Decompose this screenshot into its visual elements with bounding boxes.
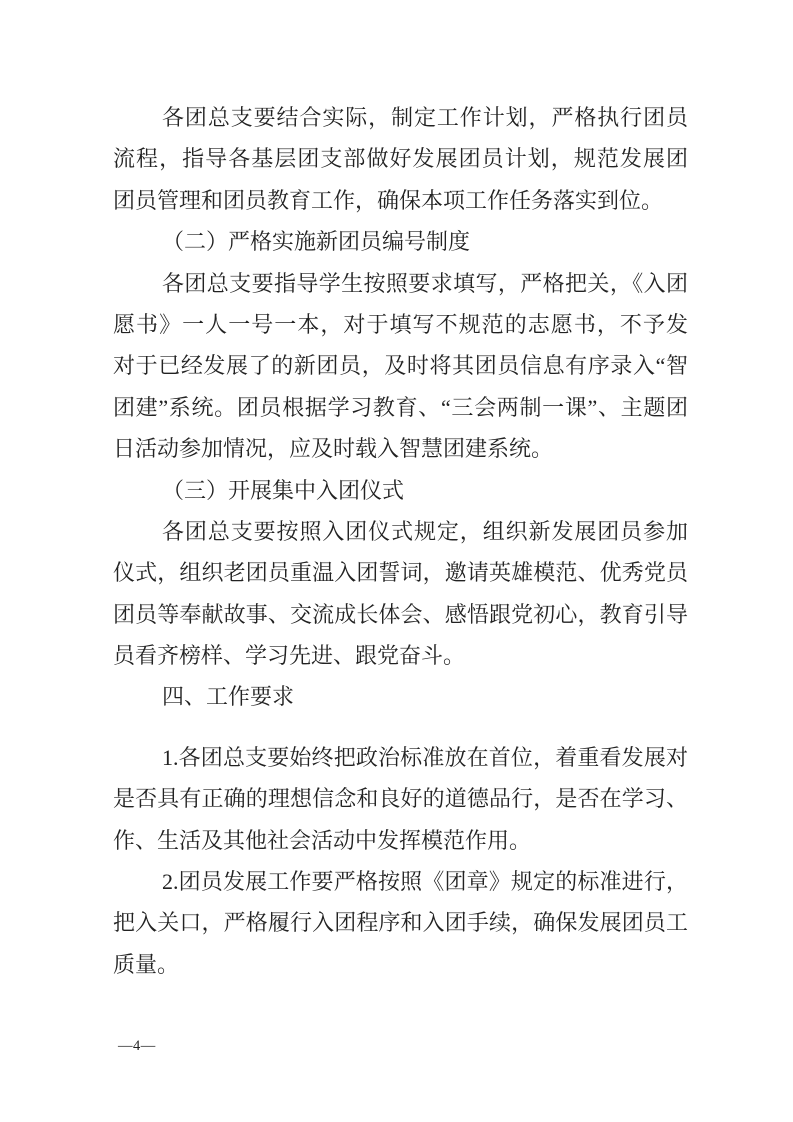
document-body: 各团总支要结合实际，制定工作计划，严格执行团员发展流程，指导各基层团支部做好发展… xyxy=(113,97,688,985)
text-line: 各团总支要结合实际，制定工作计划，严格执行团员发展 xyxy=(113,97,688,138)
section-heading: 四、工作要求 xyxy=(113,676,688,717)
text-line: 1.各团总支要始终把政治标准放在首位，着重看发展对象 xyxy=(113,737,688,778)
footer-page-number: —4— xyxy=(118,1036,156,1056)
paragraph: 各团总支要指导学生按照要求填写，严格把关，《入团志愿书》一人一号一本，对于填写不… xyxy=(113,263,688,470)
text-line: 日活动参加情况，应及时载入智慧团建系统。 xyxy=(113,428,688,469)
text-line: 流程，指导各基层团支部做好发展团员计划，规范发展团员、 xyxy=(113,138,688,179)
text-line: （二）严格实施新团员编号制度 xyxy=(113,221,688,262)
text-line: 各团总支要按照入团仪式规定，组织新发展团员参加入团 xyxy=(113,511,688,552)
text-line: 员看齐榜样、学习先进、跟党奋斗。 xyxy=(113,635,688,676)
paragraph: 2.团员发展工作要严格按照《团章》规定的标准进行，严把入关口，严格履行入团程序和… xyxy=(113,861,688,985)
text-line: 四、工作要求 xyxy=(113,676,688,717)
text-line: 各团总支要指导学生按照要求填写，严格把关，《入团志 xyxy=(113,263,688,304)
text-line: 团建”系统。团员根据学习教育、“三会两制一课”、主题团 xyxy=(113,387,688,428)
text-line: （三）开展集中入团仪式 xyxy=(113,470,688,511)
subsection-heading: （三）开展集中入团仪式 xyxy=(113,470,688,511)
text-line: 质量。 xyxy=(113,944,688,985)
subsection-heading: （二）严格实施新团员编号制度 xyxy=(113,221,688,262)
text-line: 团员等奉献故事、交流成长体会、感悟跟党初心，教育引导团 xyxy=(113,594,688,635)
text-line: 是否具有正确的理想信念和良好的道德品行，是否在学习、工 xyxy=(113,778,688,819)
text-line: 团员管理和团员教育工作，确保本项工作任务落实到位。 xyxy=(113,180,688,221)
paragraph: 各团总支要结合实际，制定工作计划，严格执行团员发展流程，指导各基层团支部做好发展… xyxy=(113,97,688,221)
text-line: 愿书》一人一号一本，对于填写不规范的志愿书，不予发展。 xyxy=(113,304,688,345)
text-line: 作、生活及其他社会活动中发挥模范作用。 xyxy=(113,820,688,861)
paragraph: 各团总支要按照入团仪式规定，组织新发展团员参加入团仪式，组织老团员重温入团誓词，… xyxy=(113,511,688,677)
text-line: 2.团员发展工作要严格按照《团章》规定的标准进行，严 xyxy=(113,861,688,902)
text-line: 把入关口，严格履行入团程序和入团手续，确保发展团员工作 xyxy=(113,902,688,943)
document-page: 各团总支要结合实际，制定工作计划，严格执行团员发展流程，指导各基层团支部做好发展… xyxy=(0,0,793,1122)
text-line: 仪式，组织老团员重温入团誓词，邀请英雄模范、优秀党员和 xyxy=(113,552,688,593)
paragraph: 1.各团总支要始终把政治标准放在首位，着重看发展对象是否具有正确的理想信念和良好… xyxy=(113,737,688,861)
text-line: 对于已经发展了的新团员，及时将其团员信息有序录入“智慧 xyxy=(113,345,688,386)
